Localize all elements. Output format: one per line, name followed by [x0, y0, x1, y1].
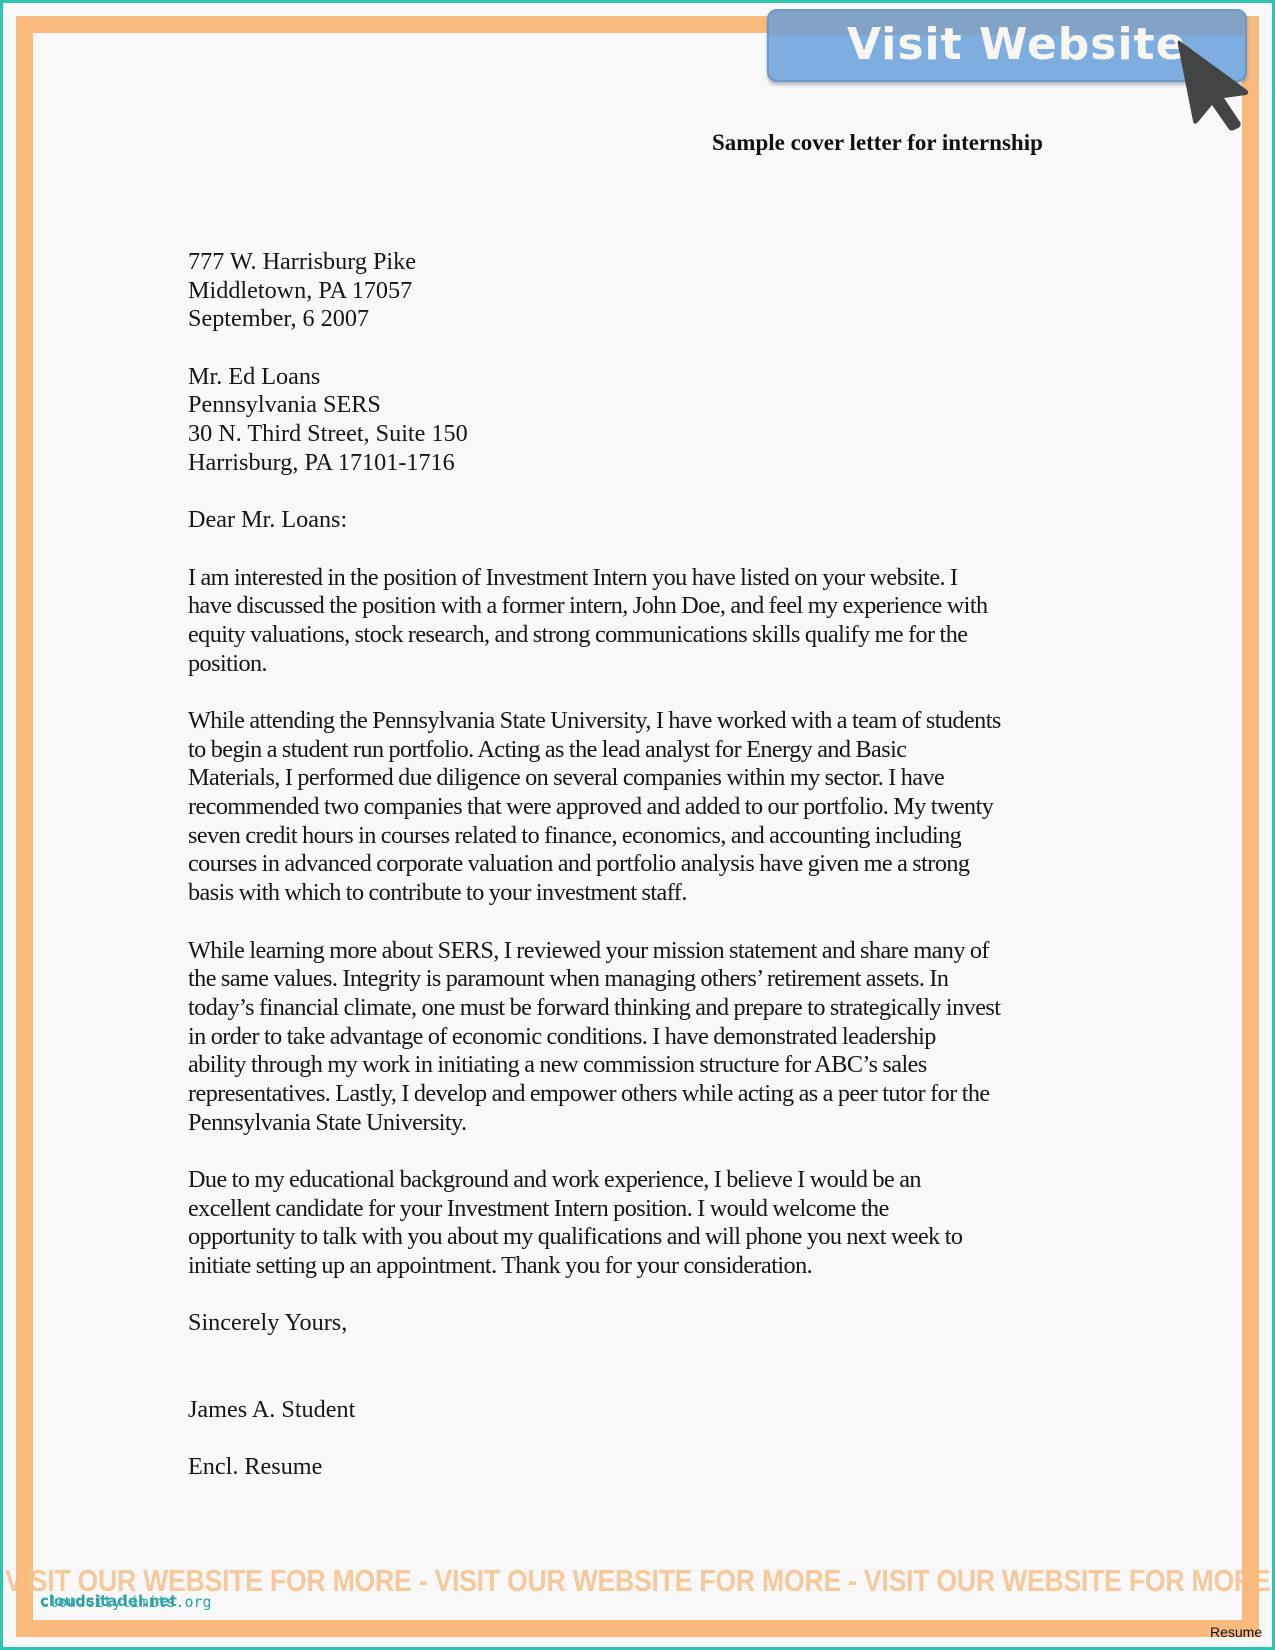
sender-line: Middletown, PA 17057: [188, 277, 1088, 306]
recipient-address: Mr. Ed Loans Pennsylvania SERS 30 N. Thi…: [188, 363, 1088, 478]
paragraph-line: Pennsylvania State University.: [188, 1109, 1088, 1138]
signature: James A. Student: [188, 1396, 1088, 1425]
paragraph-line: representatives. Lastly, I develop and e…: [188, 1080, 1088, 1109]
paragraph-line: Materials, I performed due diligence on …: [188, 764, 1088, 793]
site-watermark: cloudcitylimits.org cloudsitadel.net: [40, 1593, 212, 1611]
recipient-line: Harrisburg, PA 17101-1716: [188, 449, 1088, 478]
paragraph-line: recommended two companies that were appr…: [188, 793, 1088, 822]
paragraph-line: the same values. Integrity is paramount …: [188, 965, 1088, 994]
corner-label: Resume: [1210, 1624, 1262, 1640]
enclosure: Encl. Resume: [188, 1453, 1088, 1482]
paragraph-line: courses in advanced corporate valuation …: [188, 850, 1088, 879]
paragraph-line: ability through my work in initiating a …: [188, 1051, 1088, 1080]
document-title: Sample cover letter for internship: [712, 130, 1043, 156]
paragraph-line: equity valuations, stock research, and s…: [188, 621, 1088, 650]
paragraph-line: today’s financial climate, one must be f…: [188, 994, 1088, 1023]
body-paragraph: While attending the Pennsylvania State U…: [188, 707, 1088, 908]
recipient-line: Pennsylvania SERS: [188, 391, 1088, 420]
paragraph-line: excellent candidate for your Investment …: [188, 1195, 1088, 1224]
site-watermark-overlay: cloudsitadel.net: [40, 1592, 177, 1610]
paragraph-line: Due to my educational background and wor…: [188, 1166, 1088, 1195]
paragraph-line: basis with which to contribute to your i…: [188, 879, 1088, 908]
body-paragraph: Due to my educational background and wor…: [188, 1166, 1088, 1281]
cover-letter-body: 777 W. Harrisburg Pike Middletown, PA 17…: [188, 248, 1088, 1482]
sender-address: 777 W. Harrisburg Pike Middletown, PA 17…: [188, 248, 1088, 334]
paragraph-line: have discussed the position with a forme…: [188, 592, 1088, 621]
paragraph-line: While learning more about SERS, I review…: [188, 937, 1088, 966]
arrow-pointer-icon: [1172, 36, 1256, 134]
salutation: Dear Mr. Loans:: [188, 506, 1088, 535]
paragraph-line: initiate setting up an appointment. Than…: [188, 1252, 1088, 1281]
recipient-line: 30 N. Third Street, Suite 150: [188, 420, 1088, 449]
body-paragraph: While learning more about SERS, I review…: [188, 937, 1088, 1138]
paragraph-line: in order to take advantage of economic c…: [188, 1023, 1088, 1052]
visit-website-label: Visit Website: [847, 13, 1186, 77]
paragraph-line: opportunity to talk with you about my qu…: [188, 1223, 1088, 1252]
paragraph-line: While attending the Pennsylvania State U…: [188, 707, 1088, 736]
paragraph-line: I am interested in the position of Inves…: [188, 564, 1088, 593]
paragraph-line: position.: [188, 650, 1088, 679]
letter-date: September, 6 2007: [188, 305, 1088, 334]
paragraph-line: to begin a student run portfolio. Acting…: [188, 736, 1088, 765]
letter-paragraphs: I am interested in the position of Inves…: [188, 564, 1088, 1310]
body-paragraph: I am interested in the position of Inves…: [188, 564, 1088, 679]
paragraph-line: seven credit hours in courses related to…: [188, 822, 1088, 851]
sender-line: 777 W. Harrisburg Pike: [188, 248, 1088, 277]
recipient-line: Mr. Ed Loans: [188, 363, 1088, 392]
closing: Sincerely Yours,: [188, 1309, 1088, 1338]
